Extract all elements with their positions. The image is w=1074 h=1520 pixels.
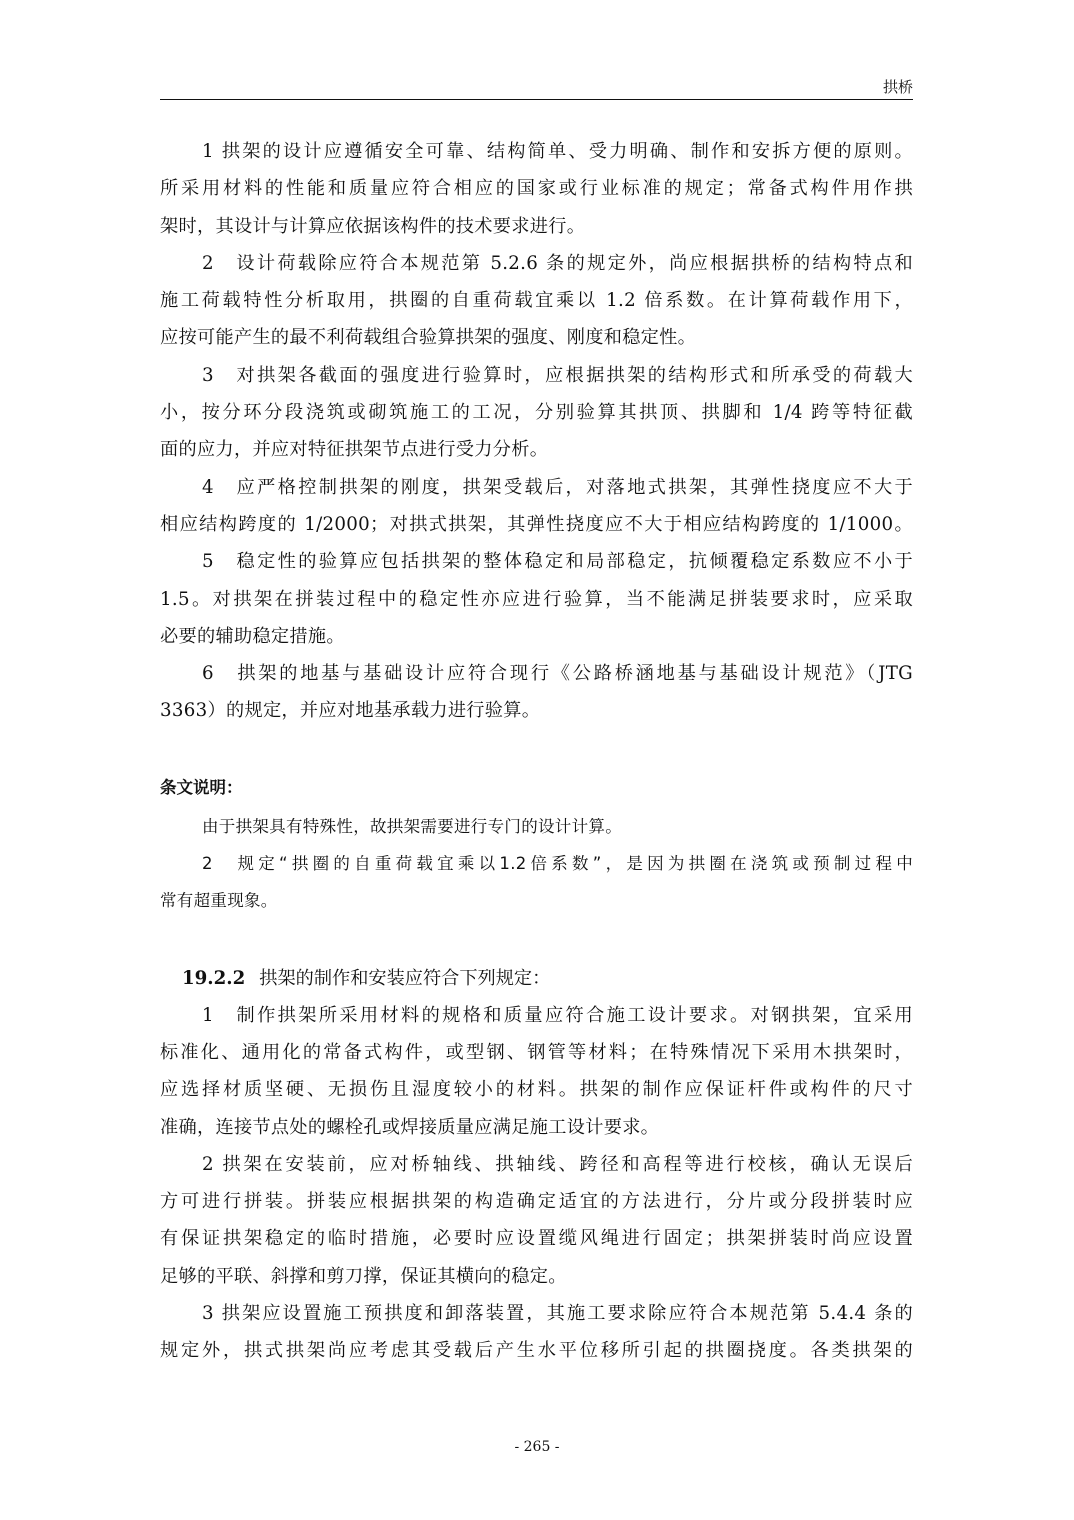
section-19-2-2: 19.2.2拱架的制作和安装应符合下列规定： 1 制作拱架所采用材料的规格和质量… xyxy=(160,960,913,1370)
text-line: 足够的平联、斜撑和剪刀撑，保证其横向的稳定。 xyxy=(160,1258,913,1295)
text-line: 有保证拱架稳定的临时措施，必要时应设置缆风绳进行固定；拱架拼装时尚应设置 xyxy=(160,1220,913,1257)
clause-explanation: 条文说明： 由于拱架具有特殊性，故拱架需要进行专门的设计计算。 2 规定“拱圈的… xyxy=(160,768,913,920)
text-line: 相应结构跨度的 1/2000；对拱式拱架，其弹性挠度应不大于相应结构跨度的 1/… xyxy=(160,506,913,543)
text-line: 由于拱架具有特殊性，故拱架需要进行专门的设计计算。 xyxy=(160,808,913,845)
text-line: 常有超重现象。 xyxy=(160,882,913,919)
clause-item-4: 4 应严格控制拱架的刚度，拱架受载后，对落地式拱架，其弹性挠度应不大于 相应结构… xyxy=(160,469,913,544)
text-line: 4 应严格控制拱架的刚度，拱架受载后，对落地式拱架，其弹性挠度应不大于 xyxy=(160,469,913,506)
text-line: 应选择材质坚硬、无损伤且湿度较小的材料。拱架的制作应保证杆件或构件的尺寸 xyxy=(160,1071,913,1108)
section-title: 拱架的制作和安装应符合下列规定： xyxy=(259,968,550,989)
explanation-paragraph-1: 由于拱架具有特殊性，故拱架需要进行专门的设计计算。 xyxy=(160,808,913,845)
text-line: 标准化、通用化的常备式构件，或型钢、钢管等材料；在特殊情况下采用木拱架时， xyxy=(160,1034,913,1071)
text-line: 3363）的规定，并应对地基承载力进行验算。 xyxy=(160,692,913,729)
section-heading: 19.2.2拱架的制作和安装应符合下列规定： xyxy=(160,960,913,997)
text-line: 1 拱架的设计应遵循安全可靠、结构简单、受力明确、制作和安拆方便的原则。 xyxy=(160,133,913,170)
text-line: 6 拱架的地基与基础设计应符合现行《公路桥涵地基与基础设计规范》（JTG xyxy=(160,655,913,692)
clause-item-2: 2 设计荷载除应符合本规范第 5.2.6 条的规定外，尚应根据拱桥的结构特点和 … xyxy=(160,245,913,357)
text-line: 所采用材料的性能和质量应符合相应的国家或行业标准的规定；常备式构件用作拱 xyxy=(160,170,913,207)
text-line: 施工荷载特性分析取用，拱圈的自重荷载宜乘以 1.2 倍系数。在计算荷载作用下， xyxy=(160,282,913,319)
clause-item-1: 1 拱架的设计应遵循安全可靠、结构简单、受力明确、制作和安拆方便的原则。 所采用… xyxy=(160,133,913,245)
section-item-3: 3 拱架应设置施工预拱度和卸落装置，其施工要求除应符合本规范第 5.4.4 条的… xyxy=(160,1295,913,1370)
explanation-paragraph-2: 2 规定“拱圈的自重荷载宜乘以1.2倍系数”，是因为拱圈在浇筑或预制过程中 常有… xyxy=(160,845,913,920)
text-line: 5 稳定性的验算应包括拱架的整体稳定和局部稳定，抗倾覆稳定系数应不小于 xyxy=(160,543,913,580)
text-line: 方可进行拼装。拼装应根据拱架的构造确定适宜的方法进行，分片或分段拼装时应 xyxy=(160,1183,913,1220)
text-line: 面的应力，并应对特征拱架节点进行受力分析。 xyxy=(160,431,913,468)
text-line: 3 对拱架各截面的强度进行验算时，应根据拱架的结构形式和所承受的荷载大 xyxy=(160,357,913,394)
text-line: 1.5。对拱架在拼装过程中的稳定性亦应进行验算，当不能满足拼装要求时，应采取 xyxy=(160,581,913,618)
section-item-2: 2 拱架在安装前，应对桥轴线、拱轴线、跨径和高程等进行校核，确认无误后 方可进行… xyxy=(160,1146,913,1295)
header-divider xyxy=(160,99,913,100)
section-number: 19.2.2 xyxy=(182,968,245,989)
text-line: 架时，其设计与计算应依据该构件的技术要求进行。 xyxy=(160,208,913,245)
text-line: 2 规定“拱圈的自重荷载宜乘以1.2倍系数”，是因为拱圈在浇筑或预制过程中 xyxy=(160,845,913,882)
section-item-1: 1 制作拱架所采用材料的规格和质量应符合施工设计要求。对钢拱架，宜采用 标准化、… xyxy=(160,997,913,1146)
text-line: 2 拱架在安装前，应对桥轴线、拱轴线、跨径和高程等进行校核，确认无误后 xyxy=(160,1146,913,1183)
clause-items-19-2-1: 1 拱架的设计应遵循安全可靠、结构简单、受力明确、制作和安拆方便的原则。 所采用… xyxy=(160,133,913,730)
text-line: 应按可能产生的最不利荷载组合验算拱架的强度、刚度和稳定性。 xyxy=(160,319,913,356)
text-line: 1 制作拱架所采用材料的规格和质量应符合施工设计要求。对钢拱架，宜采用 xyxy=(160,997,913,1034)
clause-item-3: 3 对拱架各截面的强度进行验算时，应根据拱架的结构形式和所承受的荷载大 小，按分… xyxy=(160,357,913,469)
clause-item-5: 5 稳定性的验算应包括拱架的整体稳定和局部稳定，抗倾覆稳定系数应不小于 1.5。… xyxy=(160,543,913,655)
text-line: 规定外，拱式拱架尚应考虑其受载后产生水平位移所引起的拱圈挠度。各类拱架的 xyxy=(160,1332,913,1369)
explanation-title: 条文说明： xyxy=(160,768,913,808)
text-line: 2 设计荷载除应符合本规范第 5.2.6 条的规定外，尚应根据拱桥的结构特点和 xyxy=(160,245,913,282)
clause-item-6: 6 拱架的地基与基础设计应符合现行《公路桥涵地基与基础设计规范》（JTG 336… xyxy=(160,655,913,730)
text-line: 准确，连接节点处的螺栓孔或焊接质量应满足施工设计要求。 xyxy=(160,1109,913,1146)
text-line: 小，按分环分段浇筑或砌筑施工的工况，分别验算其拱顶、拱脚和 1/4 跨等特征截 xyxy=(160,394,913,431)
text-line: 必要的辅助稳定措施。 xyxy=(160,618,913,655)
page-body: 1 拱架的设计应遵循安全可靠、结构简单、受力明确、制作和安拆方便的原则。 所采用… xyxy=(160,133,913,1370)
text-line: 3 拱架应设置施工预拱度和卸落装置，其施工要求除应符合本规范第 5.4.4 条的 xyxy=(160,1295,913,1332)
page-number: - 265 - xyxy=(0,1439,1074,1455)
header-title: 拱桥 xyxy=(160,76,913,97)
